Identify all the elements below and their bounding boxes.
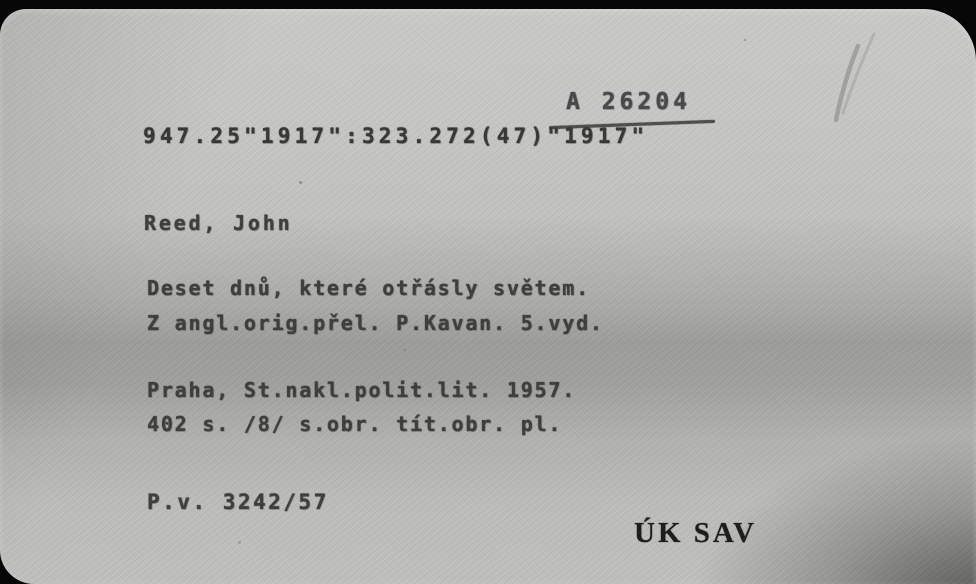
paper-speck [238,541,241,544]
author-heading: Reed, John [144,211,292,235]
imprint-line-2: 402 s. /8/ s.obr. tít.obr. pl. [147,412,562,436]
accession-number: A 26204 [566,89,691,115]
classification-number: 947.25"1917":323.272(47)"1917" [143,124,648,148]
scanned-catalog-card: A 26204 947.25"1917":323.272(47)"1917" R… [0,0,976,584]
record-number: P.v. 3242/57 [147,490,329,514]
paper-speck [299,181,302,184]
title-line-1: Deset dnů, které otřásly světem. [147,276,590,300]
title-line-2: Z angl.orig.přel. P.Kavan. 5.vyd. [147,311,604,335]
paper-speck [744,39,746,41]
library-stamp: ÚK SAV [634,517,757,550]
imprint-line-1: Praha, St.nakl.polit.lit. 1957. [147,378,576,402]
index-card-paper: A 26204 947.25"1917":323.272(47)"1917" R… [0,9,976,584]
paper-speck [404,349,406,351]
